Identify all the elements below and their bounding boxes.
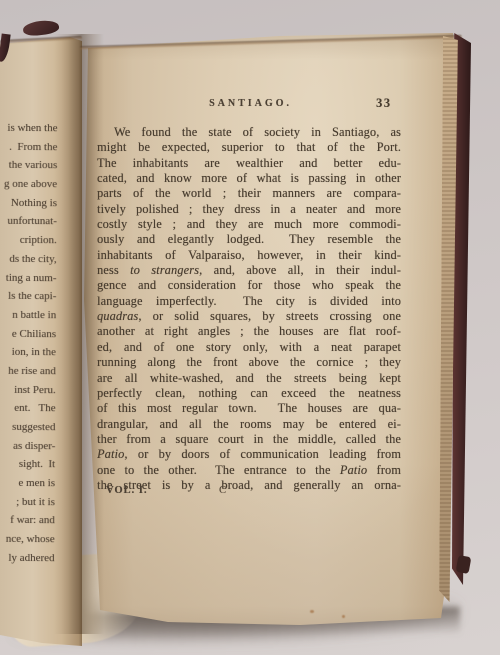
text-line: of this most regular town. The houses ar… [97,401,401,416]
page-header: SANTIAGO. 33 [98,98,403,114]
text-line: cription. [1,231,57,250]
cover-corner [456,555,472,574]
running-title: SANTIAGO. [98,98,403,109]
text-line: ion, in the [0,343,56,362]
text-line: g one above [1,175,57,194]
text-line: ent. The [0,399,56,418]
text-line: unfortunat- [1,212,57,231]
text-line: one to the other. The entrance to the Pa… [97,463,401,478]
text-line: parts of the world ; their manners are c… [97,186,401,201]
text-line: quadras, or solid squares, by streets cr… [97,309,401,324]
body-text: We found the state of society in Santiag… [97,125,401,493]
text-line: as disper- [0,436,55,455]
text-line: ously and elegantly lodged. They resembl… [97,232,401,247]
text-line: inhabitants of Valparaiso, however, in t… [97,248,401,263]
text-line: might be expected, superior to that of t… [97,140,401,155]
text-line: ting a num- [0,268,56,287]
foxing-spot [310,610,314,613]
text-line: cated, and know more of what is passing … [97,171,401,186]
page-footer: VOL. I. C [97,485,401,499]
text-line: ness to strangers, and, above all, in th… [97,263,401,278]
text-line: e Chilians [0,324,56,343]
text-line: n battle in [0,306,56,325]
foxing-spot [342,615,345,618]
text-line: e men is [0,474,55,493]
text-line: language imperfectly. The city is divide… [97,294,401,309]
text-line: ly adhered [0,549,55,568]
text-line: inst Peru. [0,380,56,399]
text-line: Nothing is [1,194,57,213]
text-line: another at right angles ; the houses are… [97,324,401,339]
text-line: nce, whose [0,530,55,549]
text-line: the various [1,156,57,175]
book-gutter [54,34,104,634]
text-line: The inhabitants are wealthier and better… [97,156,401,171]
text-line: ed, and of one story only, with a neat p… [97,340,401,355]
text-line: are all white-washed, and the streets be… [97,371,401,386]
book-page: SANTIAGO. 33 We found the state of socie… [80,30,460,630]
text-line: We found the state of society in Santiag… [97,125,401,140]
text-line: f war: and [0,511,55,530]
text-line: suggested [0,418,55,437]
text-line: drangular, and all the rooms may be ente… [97,417,401,432]
text-line: tively polished ; they dress in a neater… [97,202,401,217]
text-line: ther from a square court in the middle, … [97,432,401,447]
page-number: 33 [376,96,392,111]
volume-label: VOL. I. [106,485,148,496]
text-line: ; but it is [0,493,55,512]
facing-page-text: is when the. From thethe variousg one ab… [0,119,58,568]
signature-mark: C [219,485,227,496]
text-line: running along the front above the cornic… [97,355,401,370]
text-line: is when the [1,119,57,138]
photo-open-book: SANTIAGO. 33 We found the state of socie… [0,0,500,655]
text-line: sight. It [0,455,55,474]
text-line: costly style ; and they are much more co… [97,217,401,232]
text-line: he rise and [0,362,56,381]
text-line: . From the [1,137,57,156]
text-line: ls the capi- [0,287,56,306]
text-line: ds the city, [1,250,57,269]
text-line: gence and consideration for those who sp… [97,278,401,293]
text-line: perfectly clean, nothing can exceed the … [97,386,401,401]
text-line: Patio, or by doors of communication lead… [97,447,401,462]
